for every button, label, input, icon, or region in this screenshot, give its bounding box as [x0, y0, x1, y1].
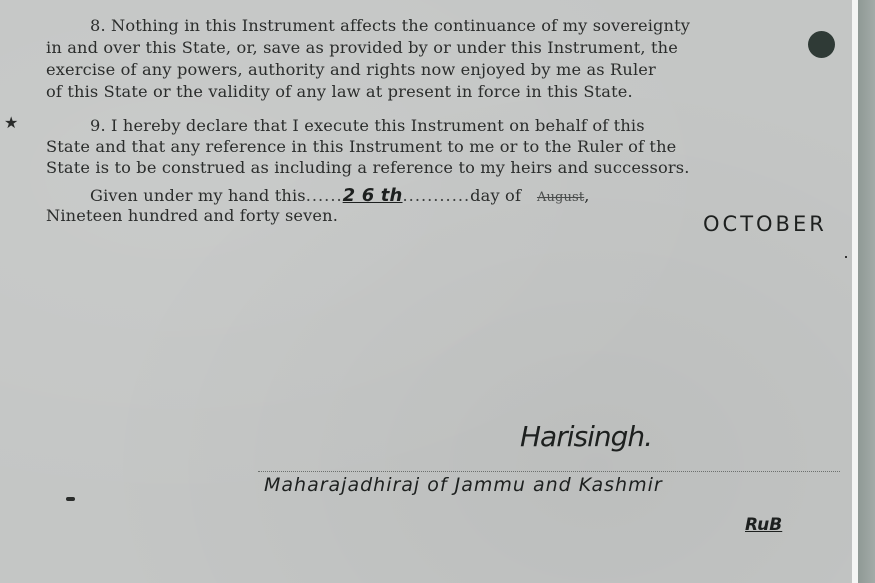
clause-8-line-2: in and over this State, or, save as prov… — [46, 38, 678, 57]
date-dots-before: ...... — [306, 186, 343, 205]
ink-dot — [845, 256, 847, 258]
punch-hole-mark — [808, 31, 835, 58]
margin-mark-icon: ★ — [4, 113, 18, 132]
clause-9-line-3: State is to be construed as including a … — [46, 158, 690, 177]
ruler-title-handwritten: Maharajadhiraj of Jammu and Kashmir — [264, 474, 663, 496]
handwritten-month: OCTOBER — [703, 212, 827, 236]
handwritten-date: 2 6 th — [343, 185, 403, 206]
ink-blot — [66, 497, 75, 501]
clause-8-line-4: of this State or the validity of any law… — [46, 82, 633, 101]
signature-dotted-line — [258, 471, 840, 472]
given-line: Given under my hand this......2 6 th....… — [46, 186, 590, 207]
scan-background — [858, 0, 875, 583]
initials: RuB — [745, 515, 782, 535]
day-of-label: day of — [470, 186, 521, 205]
clause-8-line-1: 8. Nothing in this Instrument affects th… — [46, 16, 690, 35]
document-page: ★ 8. Nothing in this Instrument affects … — [0, 0, 852, 583]
given-prefix: Given under my hand this — [90, 186, 306, 205]
date-dots-after: ........... — [403, 186, 471, 205]
clause-9-line-2: State and that any reference in this Ins… — [46, 137, 676, 156]
struck-month: August — [537, 190, 584, 205]
month-comma: , — [584, 186, 589, 205]
year-line: Nineteen hundred and forty seven. — [46, 206, 338, 225]
ruler-signature: Harisingh. — [520, 420, 652, 453]
clause-8-line-3: exercise of any powers, authority and ri… — [46, 60, 656, 79]
clause-9-line-1: 9. I hereby declare that I execute this … — [46, 116, 645, 135]
